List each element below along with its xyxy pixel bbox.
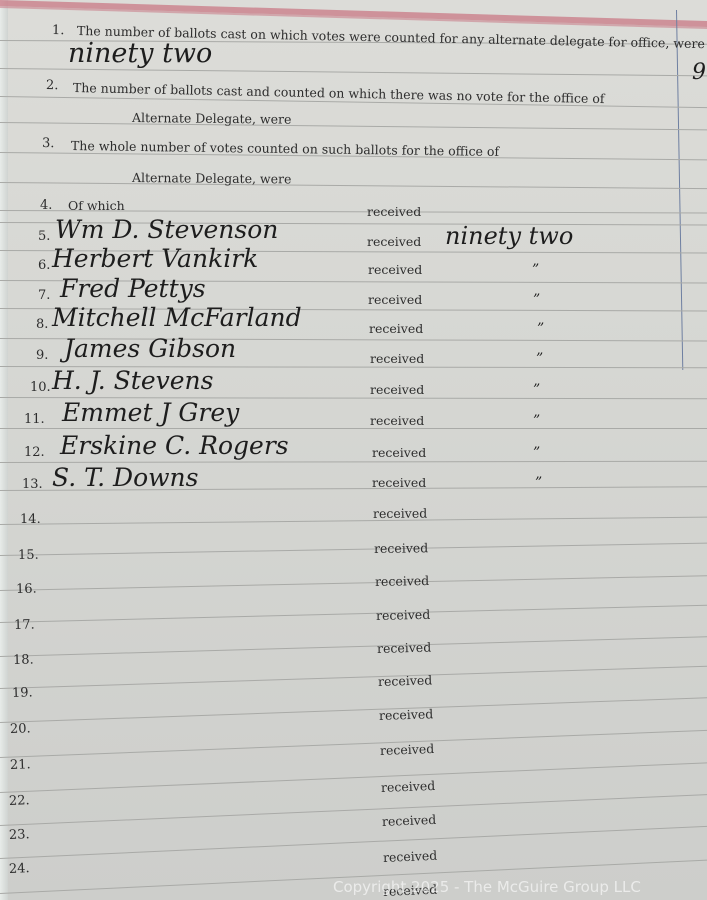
ditto-mark: ”	[533, 292, 540, 308]
entry-number: 18.	[13, 652, 34, 668]
ruled-line	[0, 695, 707, 723]
received-label: received	[378, 672, 433, 689]
margin-line	[676, 10, 683, 370]
candidate-name: S. T. Downs	[52, 463, 198, 492]
received-label: received	[370, 382, 424, 397]
of-which-received-label: received	[367, 204, 421, 219]
statement-3-number: 3.	[42, 136, 55, 151]
ruled-line	[0, 635, 707, 657]
entry-number: 15.	[18, 548, 39, 563]
margin-note: 9	[692, 60, 706, 85]
received-label: received	[377, 640, 432, 656]
received-label: received	[368, 292, 422, 307]
received-label: received	[370, 351, 424, 366]
received-label: received	[379, 706, 434, 723]
ruled-line	[0, 603, 707, 623]
ditto-mark: ”	[533, 413, 540, 429]
candidate-name: Erskine C. Rogers	[60, 431, 289, 460]
statement-2-number: 2.	[46, 78, 59, 93]
candidate-name: Emmet J Grey	[62, 398, 239, 427]
entry-number: 14.	[20, 512, 41, 527]
ditto-mark: ”	[535, 475, 542, 491]
received-label: received	[372, 445, 426, 460]
vote-count: ninety two	[445, 222, 573, 250]
received-label: received	[373, 506, 427, 521]
entry-number: 8.	[36, 317, 48, 332]
entry-number: 5.	[38, 229, 50, 244]
candidate-name: H. J. Stevens	[52, 366, 214, 395]
ruled-line	[0, 428, 707, 429]
candidate-name: Herbert Vankirk	[52, 244, 258, 273]
candidate-name: Mitchell McFarland	[52, 303, 302, 332]
of-which-number: 4.	[40, 198, 52, 213]
received-label: received	[372, 475, 426, 490]
ditto-mark: ”	[536, 351, 543, 367]
received-label: received	[382, 812, 437, 829]
ruled-line	[0, 824, 707, 859]
received-label: received	[376, 607, 431, 623]
received-label: received	[367, 234, 421, 249]
candidate-name: James Gibson	[64, 334, 236, 363]
entry-number: 22.	[9, 793, 30, 809]
ballot-tally-sheet: 1. The number of ballots cast on which v…	[0, 0, 707, 900]
ruled-line	[0, 728, 707, 758]
entry-number: 17.	[14, 618, 35, 633]
ditto-mark: ”	[533, 382, 540, 398]
received-label: received	[369, 321, 423, 336]
candidate-name: Wm D. Stevenson	[55, 215, 278, 244]
of-which-label: Of which	[68, 198, 125, 213]
received-label: received	[374, 540, 428, 556]
ditto-mark: ”	[533, 445, 540, 461]
received-label: received	[375, 573, 430, 589]
entry-number: 20.	[10, 721, 31, 737]
statement-3-text: The whole number of votes counted on suc…	[71, 138, 499, 159]
page-edge	[0, 0, 8, 900]
ruled-line	[0, 574, 707, 591]
received-label: received	[381, 778, 436, 795]
ruled-line	[0, 760, 707, 793]
ruled-line	[0, 182, 707, 190]
entry-number: 19.	[12, 685, 33, 701]
ruled-line	[0, 68, 707, 77]
ruled-line	[0, 664, 707, 689]
received-label: received	[380, 741, 435, 758]
statement-1-handwritten-value: ninety two	[68, 38, 212, 69]
entry-number: 12.	[24, 445, 45, 460]
ruled-line	[0, 542, 707, 556]
entry-number: 23.	[9, 827, 30, 843]
statement-3-continuation: Alternate Delegate, were	[132, 170, 292, 186]
received-label: received	[368, 262, 422, 277]
candidate-name: Fred Pettys	[60, 274, 206, 303]
entry-number: 9.	[36, 348, 48, 363]
entry-number: 6.	[38, 258, 50, 273]
entry-number: 7.	[38, 288, 50, 303]
statement-1-number: 1.	[52, 23, 65, 38]
ditto-mark: ”	[537, 321, 544, 337]
ruled-line	[0, 122, 707, 131]
entry-number: 13.	[22, 477, 43, 492]
entry-number: 11.	[24, 412, 45, 427]
received-label: received	[383, 848, 438, 865]
ruled-line	[0, 516, 707, 525]
entry-number: 10.	[30, 380, 51, 395]
copyright-watermark: Copyright 2025 - The McGuire Group LLC	[333, 878, 641, 896]
entry-number: 24.	[9, 861, 30, 877]
statement-2-continuation: Alternate Delegate, were	[132, 110, 292, 127]
ruled-line	[0, 792, 707, 826]
entry-number: 21.	[10, 757, 31, 773]
ditto-mark: ”	[532, 262, 539, 278]
entry-number: 16.	[16, 582, 37, 597]
received-label: received	[370, 413, 424, 428]
